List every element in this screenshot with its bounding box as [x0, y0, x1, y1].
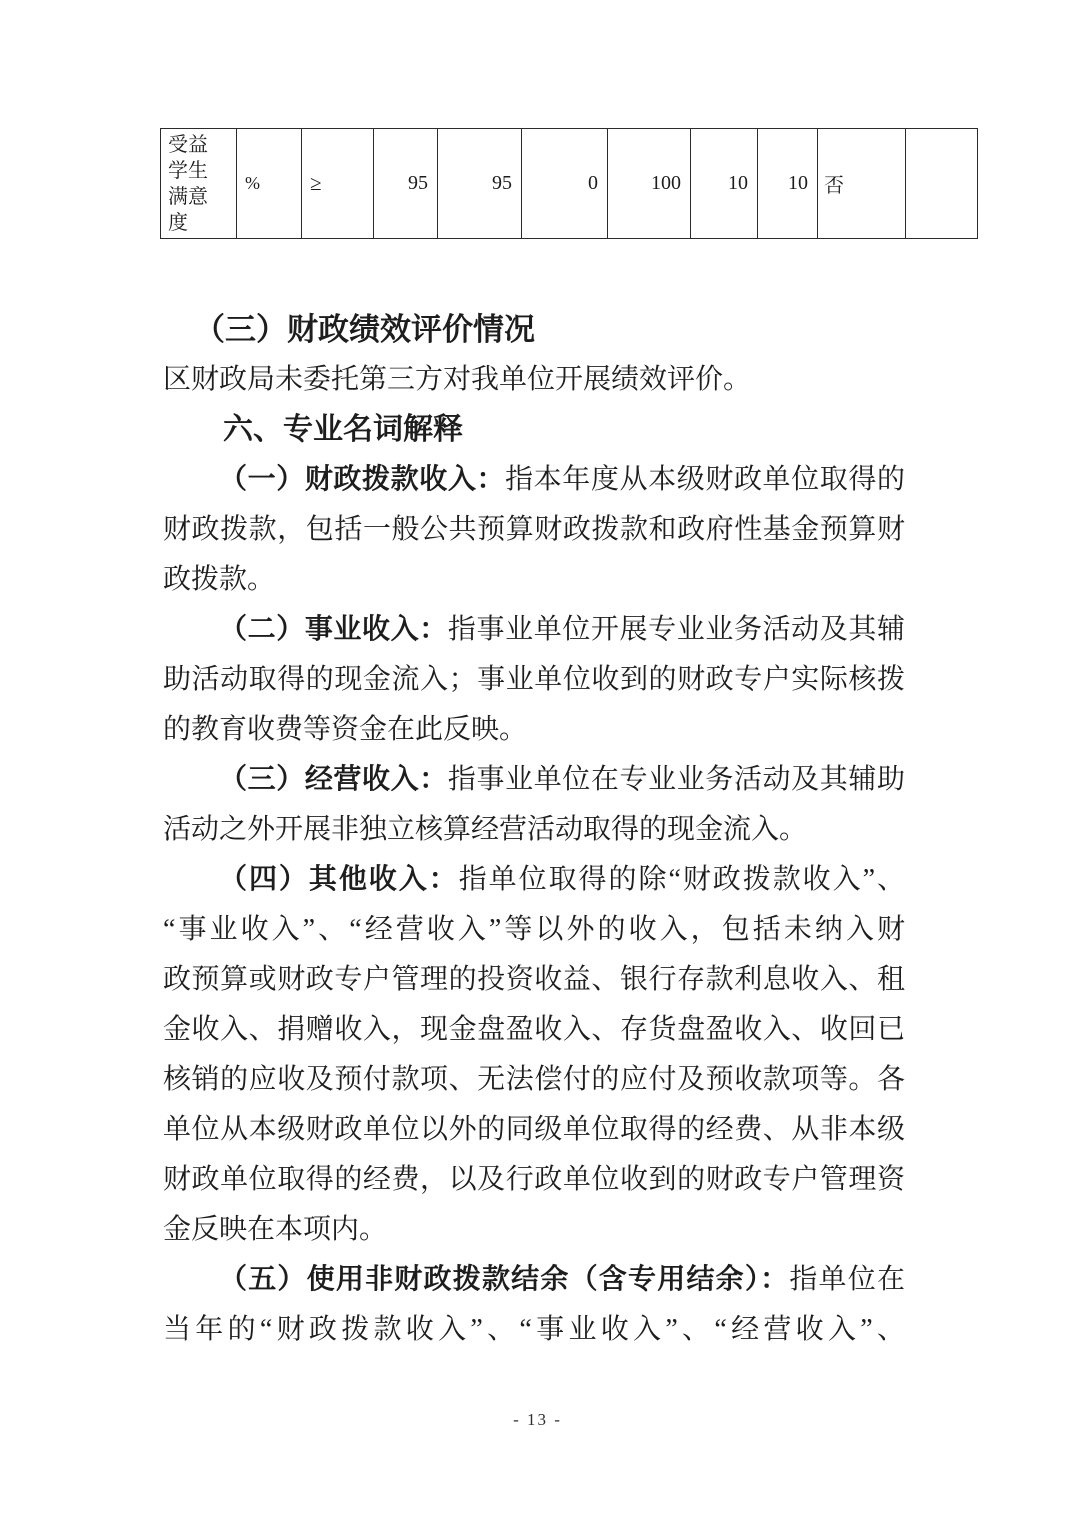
- text-segment: 指本年度从本级财政单位取得的: [505, 464, 905, 495]
- text-segment: （五）使用非财政拨款结余（含专用结余）：: [219, 1264, 789, 1295]
- section-heading: 六、专业名词解释: [163, 405, 905, 455]
- document-body: （三）财政绩效评价情况区财政局未委托第三方对我单位开展绩效评价。六、专业名词解释…: [163, 305, 905, 1355]
- paragraph-line: “事业收入”、“经营收入”等以外的收入，包括未纳入财: [163, 905, 905, 955]
- paragraph-line: 核销的应收及预付款项、无法偿付的应付及预收款项等。各: [163, 1055, 905, 1105]
- paragraph-line: 活动之外开展非独立核算经营活动取得的现金流入。: [163, 805, 905, 855]
- text-segment: 指单位在: [789, 1264, 905, 1295]
- paragraph-line: 财政拨款，包括一般公共预算财政拨款和政府性基金预算财: [163, 505, 905, 555]
- text-segment: （三）财政绩效评价情况: [194, 312, 535, 347]
- paragraph-line: （二）事业收入：指事业单位开展专业业务活动及其辅: [163, 605, 905, 655]
- paragraph-line: 金反映在本项内。: [163, 1205, 905, 1255]
- text-segment: 指事业单位开展专业业务活动及其辅: [448, 614, 905, 645]
- text-segment: 指单位取得的除“财政拨款收入”、: [459, 864, 905, 895]
- table-cell-7: 10: [691, 129, 758, 239]
- paragraph-line: 金收入、捐赠收入，现金盘盈收入、存货盘盈收入、收回已: [163, 1005, 905, 1055]
- text-segment: 金收入、捐赠收入，现金盘盈收入、存货盘盈收入、收回已: [163, 1014, 905, 1045]
- page-number: - 13 -: [0, 1406, 1075, 1434]
- text-segment: 活动之外开展非独立核算经营活动取得的现金流入。: [163, 814, 807, 845]
- paragraph-line: （三）经营收入：指事业单位在专业业务活动及其辅助: [163, 755, 905, 805]
- table-row: 受益 学生 满意 度%≥959501001010否: [161, 129, 978, 239]
- text-segment: 六、专业名词解释: [223, 413, 463, 446]
- text-segment: 区财政局未委托第三方对我单位开展绩效评价。: [163, 364, 751, 395]
- text-segment: 的教育收费等资金在此反映。: [163, 714, 527, 745]
- paragraph-line: 政拨款。: [163, 555, 905, 605]
- paragraph-line: 政预算或财政专户管理的投资收益、银行存款利息收入、租: [163, 955, 905, 1005]
- text-segment: 财政单位取得的经费，以及行政单位收到的财政专户管理资: [163, 1164, 905, 1195]
- section-heading: （三）财政绩效评价情况: [163, 305, 905, 355]
- paragraph-line: 财政单位取得的经费，以及行政单位收到的财政专户管理资: [163, 1155, 905, 1205]
- paragraph-line: （五）使用非财政拨款结余（含专用结余）：指单位在: [163, 1255, 905, 1305]
- text-segment: 政预算或财政专户管理的投资收益、银行存款利息收入、租: [163, 964, 905, 995]
- text-segment: 财政拨款，包括一般公共预算财政拨款和政府性基金预算财: [163, 514, 905, 545]
- paragraph-line: 单位从本级财政单位以外的同级单位取得的经费、从非本级: [163, 1105, 905, 1155]
- table-cell-10: [906, 129, 978, 239]
- text-segment: 助活动取得的现金流入；事业单位收到的财政专户实际核拨: [163, 664, 905, 695]
- paragraph-line: 的教育收费等资金在此反映。: [163, 705, 905, 755]
- text-segment: 指事业单位在专业业务活动及其辅助: [448, 764, 905, 795]
- text-segment: 核销的应收及预付款项、无法偿付的应付及预收款项等。各: [163, 1064, 905, 1095]
- table-cell-1: %: [237, 129, 302, 239]
- text-segment: 单位从本级财政单位以外的同级单位取得的经费、从非本级: [163, 1114, 905, 1145]
- text-segment: 金反映在本项内。: [163, 1214, 387, 1245]
- table-cell-9: 否: [818, 129, 906, 239]
- paragraph-line: （一）财政拨款收入：指本年度从本级财政单位取得的: [163, 455, 905, 505]
- table-cell-4: 95: [438, 129, 522, 239]
- paragraph-line: 当年的“财政拨款收入”、“事业收入”、“经营收入”、: [163, 1305, 905, 1355]
- table-cell-3: 95: [374, 129, 438, 239]
- performance-indicator-table: 受益 学生 满意 度%≥959501001010否: [160, 128, 978, 239]
- text-segment: （一）财政拨款收入：: [219, 464, 505, 495]
- text-segment: “事业收入”、“经营收入”等以外的收入，包括未纳入财: [163, 914, 905, 945]
- document-page: 受益 学生 满意 度%≥959501001010否 （三）财政绩效评价情况区财政…: [0, 0, 1075, 1520]
- table-cell-5: 0: [522, 129, 608, 239]
- table-cell-6: 100: [608, 129, 691, 239]
- paragraph-line: 助活动取得的现金流入；事业单位收到的财政专户实际核拨: [163, 655, 905, 705]
- text-segment: （三）经营收入：: [219, 764, 448, 795]
- paragraph-line: 区财政局未委托第三方对我单位开展绩效评价。: [163, 355, 905, 405]
- text-segment: （二）事业收入：: [219, 614, 448, 645]
- text-segment: 政拨款。: [163, 564, 275, 595]
- table-cell-2: ≥: [302, 129, 374, 239]
- paragraph-line: （四）其他收入：指单位取得的除“财政拨款收入”、: [163, 855, 905, 905]
- table-cell-8: 10: [758, 129, 818, 239]
- text-segment: 当年的“财政拨款收入”、“事业收入”、“经营收入”、: [163, 1314, 905, 1345]
- text-segment: （四）其他收入：: [219, 864, 459, 895]
- table-cell-0: 受益 学生 满意 度: [161, 129, 237, 239]
